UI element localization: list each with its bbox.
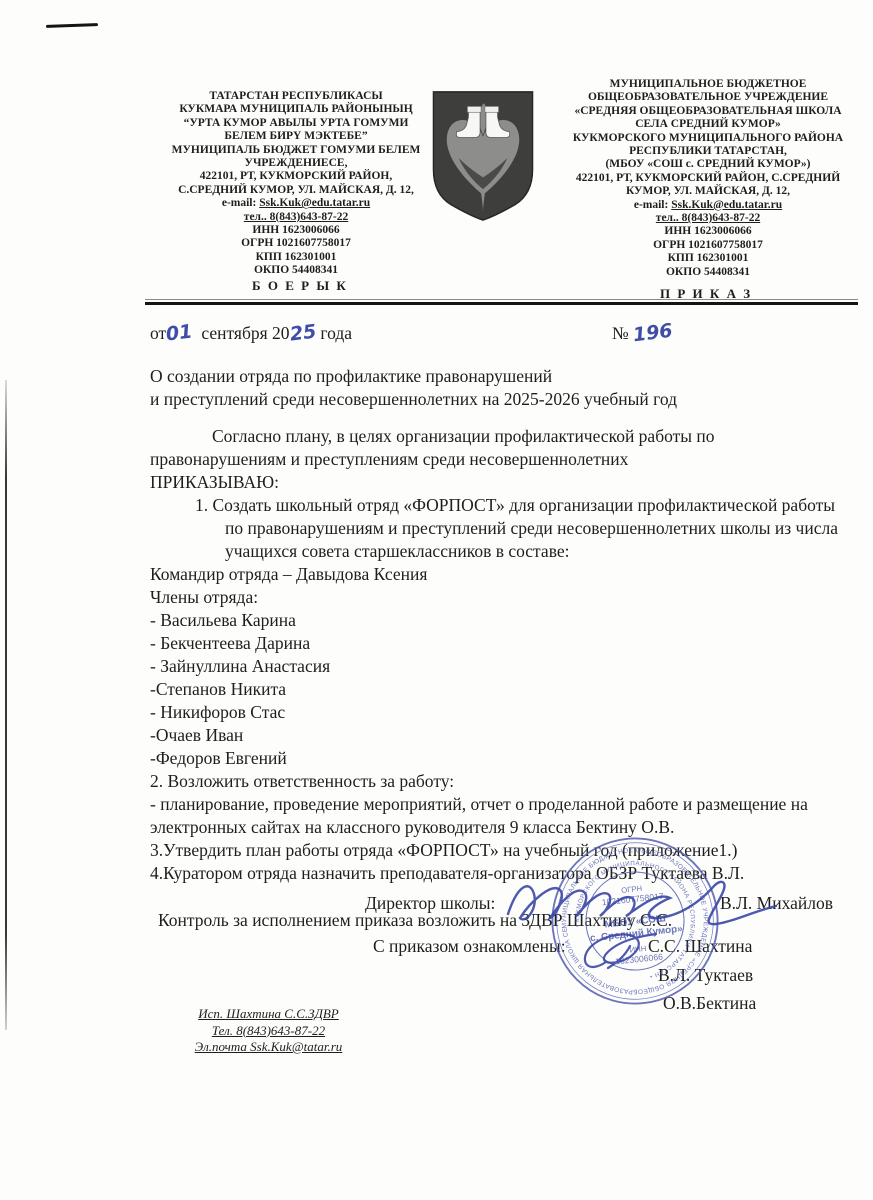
squad-member: - Зайнуллина Анастасия <box>150 655 862 678</box>
org-email: e-mail: Ssk.Kuk@edu.tatar.ru <box>558 199 858 212</box>
order-line: Члены отряда: <box>150 586 862 609</box>
executor-email: Эл.почта Ssk.Kuk@tatar.ru <box>156 1039 381 1056</box>
squad-member: - Васильева Карина <box>150 609 862 632</box>
number-handwritten: 196 <box>632 322 674 346</box>
acknowledged-signature <box>578 928 668 980</box>
squad-member: -Федоров Евгений <box>150 747 862 770</box>
org-line: 422101, РТ, КУКМОРСКИЙ РАЙОН, С.СРЕДНИЙ <box>558 172 858 185</box>
executor-name: Исп. Шахтина С.С.ЗДВР <box>156 1006 381 1023</box>
org-kpp: КПП 162301001 <box>146 251 446 264</box>
order-line: по правонарушениям и преступлений среди … <box>150 517 862 540</box>
title-line: О создании отряда по профилактике правон… <box>150 365 862 388</box>
order-line: Командир отряда – Давыдова Ксения <box>150 563 862 586</box>
org-line: ТАТАРСТАН РЕСПУБЛИКАСЫ <box>146 90 446 103</box>
org-line: МУНИЦИПАЛЬНОЕ БЮДЖЕТНОЕ <box>558 78 858 91</box>
org-phone: тел.. 8(843)643-87-22 <box>146 211 446 224</box>
org-line: С.СРЕДНИЙ КУМОР, УЛ. МАЙСКАЯ, Д. 12, <box>146 184 446 197</box>
org-email: e-mail: Ssk.Kuk@edu.tatar.ru <box>146 197 446 210</box>
doc-type-boeryk: Б О Е Р Ы К <box>252 278 348 294</box>
org-kpp: КПП 162301001 <box>558 252 858 265</box>
order-line: 2. Возложить ответственность за работу: <box>150 770 862 793</box>
email-address: Ssk.Kuk@edu.tatar.ru <box>671 199 782 211</box>
title-line: и преступлений среди несовершеннолетних … <box>150 388 862 411</box>
email-label: e-mail: <box>634 199 668 211</box>
email-label: e-mail: <box>222 197 256 209</box>
org-line: 422101, РТ, КУКМОРСКИЙ РАЙОН, <box>146 170 446 183</box>
kukmor-coat-of-arms-icon <box>424 88 542 229</box>
date-prefix: от <box>150 323 166 343</box>
org-line: КУКМАРА МУНИЦИПАЛЬ РАЙОНЫНЫҢ <box>146 103 446 116</box>
email-address: Ssk.Kuk@edu.tatar.ru <box>259 197 370 209</box>
order-line: - планирование, проведение мероприятий, … <box>150 793 862 816</box>
date-row: от01 сентября 2025 года № 196 <box>150 322 862 345</box>
order-line: электронных сайтах на классного руководи… <box>150 816 862 839</box>
org-line: КУКМОРСКОГО МУНИЦИПАЛЬНОГО РАЙОНА <box>558 132 858 145</box>
order-line: 3.Утвердить план работы отряда «ФОРПОСТ»… <box>150 839 862 862</box>
squad-member: - Никифоров Стас <box>150 701 862 724</box>
header-divider <box>145 299 858 305</box>
org-ogrn: ОГРН 1021607758017 <box>558 239 858 252</box>
org-ogrn: ОГРН 1021607758017 <box>146 237 446 250</box>
org-line: УЧРЕЖДЕНИЕСЕ, <box>146 157 446 170</box>
scan-artifact-left-line <box>5 380 7 1030</box>
squad-member: -Степанов Никита <box>150 678 862 701</box>
order-line: ПРИКАЗЫВАЮ: <box>150 471 862 494</box>
order-number: № 196 <box>612 322 673 345</box>
order-line: правонарушениям и преступлениям среди не… <box>150 448 862 471</box>
squad-member: -Очаев Иван <box>150 724 862 747</box>
org-inn: ИНН 1623006066 <box>558 225 858 238</box>
org-line: МУНИЦИПАЛЬ БЮДЖЕТ ГОМУМИ БЕЛЕМ <box>146 144 446 157</box>
acknowledged-label: С приказом ознакомлены: <box>373 936 566 957</box>
date-middle: сентября 20 <box>201 323 289 343</box>
date-day-handwritten: 01 <box>165 322 194 344</box>
order-body: от01 сентября 2025 года № 196 О создании… <box>150 322 862 932</box>
org-line: СЕЛА СРЕДНИЙ КУМОР» <box>558 118 858 131</box>
executor-block: Исп. Шахтина С.С.ЗДВР Тел. 8(843)643-87-… <box>156 1006 381 1056</box>
org-line: КУМОР, УЛ. МАЙСКАЯ, Д. 12, <box>558 185 858 198</box>
org-okpo: ОКПО 54408341 <box>558 266 858 279</box>
order-line: учащихся совета старшеклассников в соста… <box>150 540 862 563</box>
director-signature <box>500 872 785 934</box>
date-year-handwritten: 25 <box>288 322 317 344</box>
order-line: Согласно плану, в целях организации проф… <box>150 425 862 448</box>
org-line: «СРЕДНЯЯ ОБЩЕОБРАЗОВАТЕЛЬНАЯ ШКОЛА <box>558 105 858 118</box>
executor-phone: Тел. 8(843)643-87-22 <box>156 1023 381 1040</box>
director-label: Директор школы: <box>365 893 495 914</box>
date-suffix: года <box>320 323 352 343</box>
org-line: (МБОУ «СОШ с. СРЕДНИЙ КУМОР») <box>558 158 858 171</box>
org-header-russian: МУНИЦИПАЛЬНОЕ БЮДЖЕТНОЕ ОБЩЕОБРАЗОВАТЕЛЬ… <box>558 78 858 279</box>
org-line: ОБЩЕОБРАЗОВАТЕЛЬНОЕ УЧРЕЖДЕНИЕ <box>558 91 858 104</box>
org-phone: тел.. 8(843)643-87-22 <box>558 212 858 225</box>
org-header-tatar: ТАТАРСТАН РЕСПУБЛИКАСЫ КУКМАРА МУНИЦИПАЛ… <box>146 90 446 278</box>
org-inn: ИНН 1623006066 <box>146 224 446 237</box>
org-okpo: ОКПО 54408341 <box>146 264 446 277</box>
scan-artifact-dash <box>46 23 98 28</box>
scanned-order-document: ТАТАРСТАН РЕСПУБЛИКАСЫ КУКМАРА МУНИЦИПАЛ… <box>0 0 873 1200</box>
squad-member: - Бекчентеева Дарина <box>150 632 862 655</box>
org-line: РЕСПУБЛИКИ ТАТАРСТАН, <box>558 145 858 158</box>
number-label: № <box>612 323 629 343</box>
org-line: БЕЛЕМ БИРҮ МЭКТЕБЕ” <box>146 130 446 143</box>
order-title: О создании отряда по профилактике правон… <box>150 365 862 411</box>
org-line: “УРТА КУМОР АВЫЛЫ УРТА ГОМУМИ <box>146 117 446 130</box>
order-line: 1. Создать школьный отряд «ФОРПОСТ» для … <box>150 494 862 517</box>
